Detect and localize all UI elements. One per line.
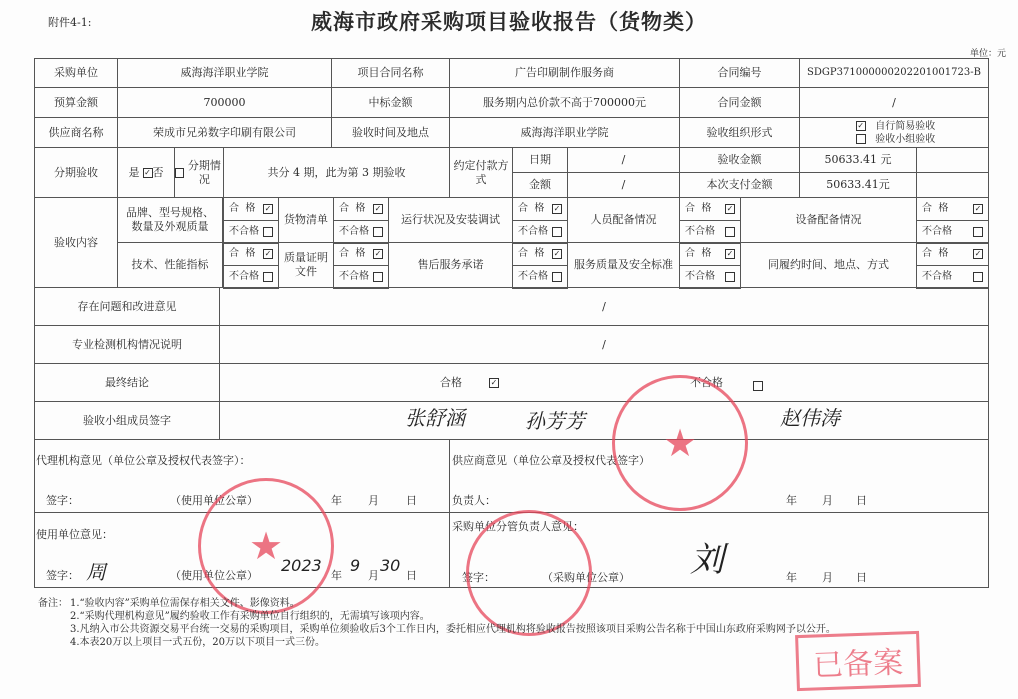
checkbox-empty-icon[interactable]: [725, 227, 735, 237]
checkbox-checked-icon[interactable]: ✓: [856, 121, 866, 131]
supplier-label: 供应商名称: [34, 117, 118, 148]
checkbox-empty-icon[interactable]: [725, 272, 735, 282]
installment-yes-no: 是✓否: [117, 147, 175, 198]
day-label: 日: [856, 492, 867, 508]
issues-label: 存在问题和改进意见: [34, 287, 220, 326]
checkbox-empty-icon[interactable]: [175, 168, 184, 178]
school-seal-stamp: ★: [198, 478, 334, 614]
signature: 刘: [690, 532, 724, 581]
pass-option[interactable]: 合 格✓: [333, 197, 389, 221]
budget-value: 700000: [117, 87, 332, 118]
fail-option[interactable]: 不合格: [333, 220, 389, 244]
pass-option[interactable]: 合 格✓: [916, 242, 989, 266]
signature: 张舒涵: [405, 402, 465, 431]
checkbox-checked-icon[interactable]: ✓: [373, 204, 383, 214]
month-label: 月: [822, 492, 833, 508]
note-item: 1.“验收内容”采购单位需保存相关文件、影像资料。: [70, 597, 300, 610]
payment-amount-label: 金额: [512, 172, 568, 198]
empty-cell: [916, 147, 989, 173]
acceptance-time-place-label: 验收时间及地点: [331, 117, 450, 148]
contract-no-value: SDGP371000000202201001723-B: [799, 58, 989, 88]
checkbox-empty-icon[interactable]: [753, 381, 763, 391]
acceptance-time-place-value: 威海海洋职业学院: [449, 117, 680, 148]
checkbox-empty-icon[interactable]: [856, 134, 866, 144]
content-item-name: 质量证明文件: [278, 242, 334, 288]
signature: 孙芳芳: [525, 405, 585, 434]
checkbox-checked-icon[interactable]: ✓: [552, 249, 562, 259]
notes-label: 备注：: [38, 597, 70, 610]
supplier-seal-stamp: ★: [612, 375, 748, 511]
month-label: 月: [368, 492, 379, 508]
checkbox-empty-icon[interactable]: [552, 272, 562, 282]
project-name-value: 广告印刷制作服务商: [449, 58, 680, 88]
content-item-name: 运行状况及安装调试: [388, 197, 513, 243]
payment-this-value: 50633.41元: [799, 172, 917, 198]
checkbox-empty-icon[interactable]: [263, 227, 273, 237]
fail-option[interactable]: 不合格: [916, 265, 989, 289]
pass-option[interactable]: 合 格✓: [679, 197, 741, 221]
content-item-name: 货物清单: [278, 197, 334, 243]
payment-date-value: /: [567, 147, 680, 173]
year-label: 年: [786, 492, 797, 508]
month-label: 月: [368, 567, 379, 583]
handwritten-month: 9: [350, 556, 360, 575]
note-item: 3.凡纳入市公共资源交易平台统一交易的采购项目，采购单位须验收后3个工作日内，委…: [70, 623, 836, 636]
acceptance-form-options: ✓ 自行简易验收 验收小组验收: [799, 117, 989, 148]
conclusion-value: 合格 ✓ 不合格: [219, 363, 989, 402]
pass-option[interactable]: 合 格✓: [512, 197, 568, 221]
bid-amount-value: 服务期内总价款不高于700000元: [449, 87, 680, 118]
note-item: 4.本表20万以上项目一式五份，20万以下项目一式三份。: [70, 636, 325, 649]
day-label: 日: [406, 492, 417, 508]
bid-amount-label: 中标金额: [331, 87, 450, 118]
fail-option[interactable]: 不合格: [223, 265, 279, 289]
checkbox-checked-icon[interactable]: ✓: [725, 204, 735, 214]
contract-amount-value: /: [799, 87, 989, 118]
payment-this-label: 本次支付金额: [679, 172, 800, 198]
pass-option[interactable]: 合 格✓: [512, 242, 568, 266]
fail-option[interactable]: 不合格: [679, 220, 741, 244]
checkbox-empty-icon[interactable]: [373, 227, 383, 237]
agency-sign-label: 签字：: [46, 492, 79, 508]
conclusion-label: 最终结论: [34, 363, 220, 402]
checkbox-checked-icon[interactable]: ✓: [143, 168, 153, 178]
agency-opinion-label: 代理机构意见（单位公章及授权代表签字）：: [36, 452, 251, 468]
acceptance-form-label: 验收组织形式: [679, 117, 800, 148]
content-label: 验收内容: [34, 197, 118, 288]
issues-value: /: [219, 287, 989, 326]
purchaser-label: 采购单位: [34, 58, 118, 88]
empty-cell: [916, 172, 989, 198]
inspection-label: 专业检测机构情况说明: [34, 325, 220, 364]
installment-situation: 共分 4 期，此为第 3 期验收: [223, 147, 450, 198]
checkbox-checked-icon[interactable]: ✓: [973, 204, 983, 214]
payment-amount-value: /: [567, 172, 680, 198]
supplier-value: 荣成市兄弟数字印刷有限公司: [117, 117, 332, 148]
acceptance-amount-label: 验收金额: [679, 147, 800, 173]
fail-option[interactable]: 不合格: [512, 265, 568, 289]
pass-option[interactable]: 合 格✓: [679, 242, 741, 266]
acceptance-amount-value: 50633.41 元: [799, 147, 917, 173]
content-item-name: 服务质量及安全标准: [567, 242, 680, 288]
checkbox-empty-icon[interactable]: [973, 272, 983, 282]
payment-method-label: 约定付款方式: [449, 147, 513, 198]
checkbox-checked-icon[interactable]: ✓: [489, 378, 499, 388]
checkbox-empty-icon[interactable]: [973, 227, 983, 237]
checkbox-empty-icon[interactable]: [263, 272, 273, 282]
fail-option[interactable]: 不合格: [679, 265, 741, 289]
content-item-name: 设备配备情况: [740, 197, 917, 243]
contract-no-label: 合同编号: [679, 58, 800, 88]
project-name-label: 项目合同名称: [331, 58, 450, 88]
pass-option[interactable]: 合 格✓: [223, 197, 279, 221]
inspection-value: /: [219, 325, 989, 364]
acceptance-form-option[interactable]: ✓ 自行简易验收: [853, 120, 936, 133]
page-title: 威海市政府采购项目验收报告（货物类）: [0, 6, 1018, 36]
payment-date-label: 日期: [512, 147, 568, 173]
contract-amount-label: 合同金额: [679, 87, 800, 118]
checkbox-empty-icon[interactable]: [552, 227, 562, 237]
month-label: 月: [822, 569, 833, 585]
year-label: 年: [786, 569, 797, 585]
acceptance-form-option[interactable]: 验收小组验收: [853, 133, 936, 146]
year-label: 年: [331, 567, 342, 583]
day-label: 日: [406, 567, 417, 583]
fail-option[interactable]: 不合格: [916, 220, 989, 244]
content-item-name: 人员配备情况: [567, 197, 680, 243]
notes: 备注：1.“验收内容”采购单位需保存相关文件、影像资料。 2.“采购代理机构意见…: [38, 597, 836, 649]
purchaser-value: 威海海洋职业学院: [117, 58, 332, 88]
checkbox-checked-icon[interactable]: ✓: [725, 249, 735, 259]
handwritten-day: 30: [380, 556, 400, 575]
year-label: 年: [331, 492, 342, 508]
fail-option[interactable]: 不合格: [512, 220, 568, 244]
checkbox-checked-icon[interactable]: ✓: [552, 204, 562, 214]
supplier-person-label: 负责人：: [452, 492, 496, 508]
content-item-name: 售后服务承诺: [388, 242, 513, 288]
checkbox-checked-icon[interactable]: ✓: [263, 204, 273, 214]
note-item: 2.“采购代理机构意见”履约验收工作有采购单位自行组织的，无需填写该项内容。: [70, 610, 430, 623]
content-item-name: 同履约时间、地点、方式: [740, 242, 917, 288]
content-item-name: 技术、性能指标: [117, 242, 223, 288]
installment-situation-label: 分期情况: [174, 147, 224, 198]
members-label: 验收小组成员签字: [34, 401, 220, 440]
user-opinion-label: 使用单位意见：: [36, 526, 113, 542]
checkbox-checked-icon[interactable]: ✓: [263, 249, 273, 259]
signature: 赵伟涛: [780, 402, 840, 431]
content-item-name: 品牌、型号规格、数量及外观质量: [117, 197, 223, 243]
members-signatures: [219, 401, 989, 440]
budget-label: 预算金额: [34, 87, 118, 118]
installment-label: 分期验收: [34, 147, 118, 198]
day-label: 日: [856, 569, 867, 585]
checkbox-empty-icon[interactable]: [373, 272, 383, 282]
user-sign-label: 签字：: [46, 567, 79, 583]
fail-option[interactable]: 不合格: [333, 265, 389, 289]
checkbox-checked-icon[interactable]: ✓: [973, 249, 983, 259]
pass-option[interactable]: 合 格✓: [223, 242, 279, 266]
signature: 周: [86, 556, 106, 585]
pass-option[interactable]: 合 格✓: [916, 197, 989, 221]
pass-option[interactable]: 合 格✓: [333, 242, 389, 266]
filed-stamp: 已备案: [795, 631, 921, 691]
fail-option[interactable]: 不合格: [223, 220, 279, 244]
checkbox-checked-icon[interactable]: ✓: [373, 249, 383, 259]
